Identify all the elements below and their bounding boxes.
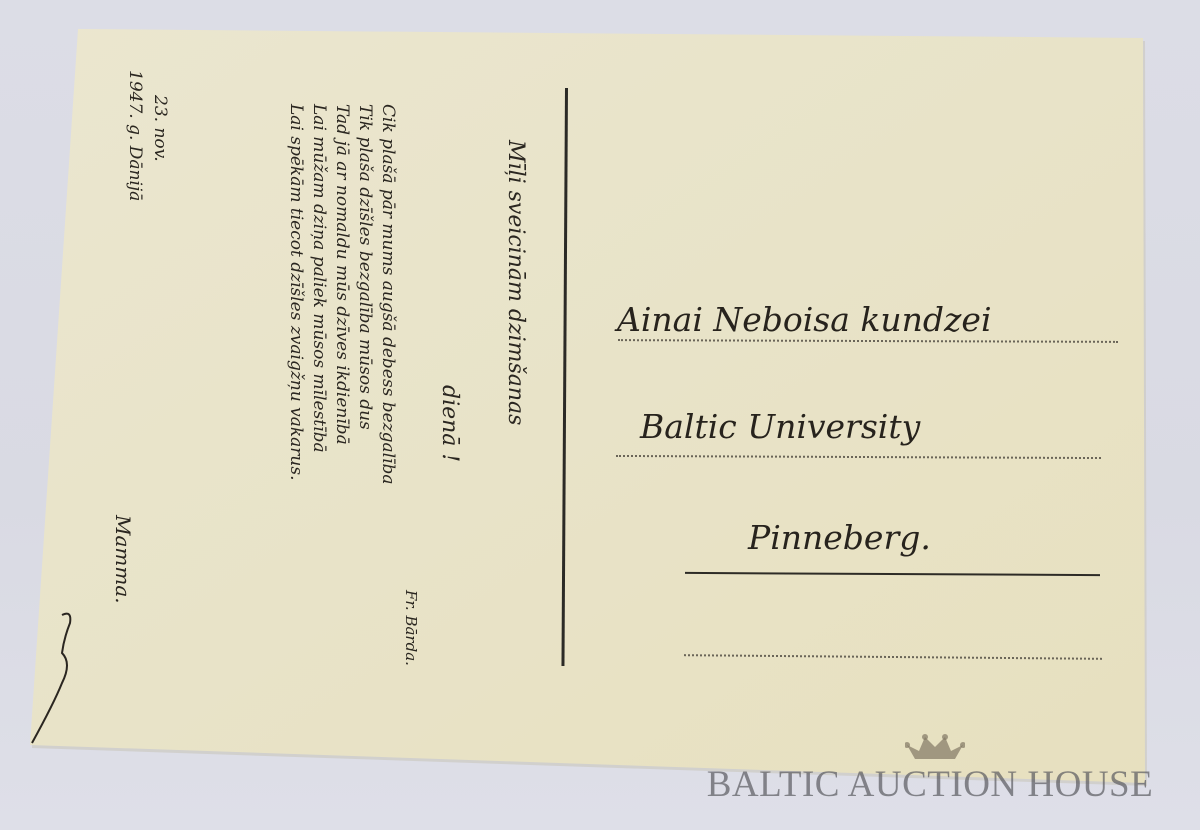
- address-line-3: Pinneberg.: [748, 518, 931, 557]
- greeting-line-2: dienā !: [437, 385, 462, 462]
- signature-word: Mamma.: [111, 515, 135, 604]
- date-line: 23. nov.: [150, 95, 170, 162]
- message-line-2: Tik plaša dzīšles bezgalība mūsos dus: [355, 104, 375, 430]
- watermark-text: BALTIC AUCTION HOUSE: [680, 763, 1180, 806]
- message-line-5: Lai spēkām tiecot dzīšles zvaigžņu vakar…: [286, 104, 306, 481]
- postcard-photo: Mīļi sveicinām dzimšanas dienā ! Cik pla…: [0, 0, 1200, 830]
- message-line-4: Lai mūžam dziņa paliek mūsos mīlestībā: [309, 104, 329, 453]
- postcard-card: [0, 0, 1200, 830]
- crown-icon: [905, 733, 965, 763]
- address-line-1: Ainai Neboisa kundzei: [617, 300, 992, 339]
- place-line: 1947. g. Dānijā: [125, 70, 145, 201]
- message-line-3: Tad jā ar nomaldu mūs dzīves ikdienībā: [332, 104, 352, 445]
- message-line-1: Cik plašā pār mums augšā debess bezgalīb…: [378, 104, 398, 485]
- address-line-2: Baltic University: [640, 407, 920, 446]
- quote-author: Fr. Bārda.: [402, 590, 420, 666]
- greeting-line-1: Mīļi sveicinām dzimšanas: [503, 140, 528, 425]
